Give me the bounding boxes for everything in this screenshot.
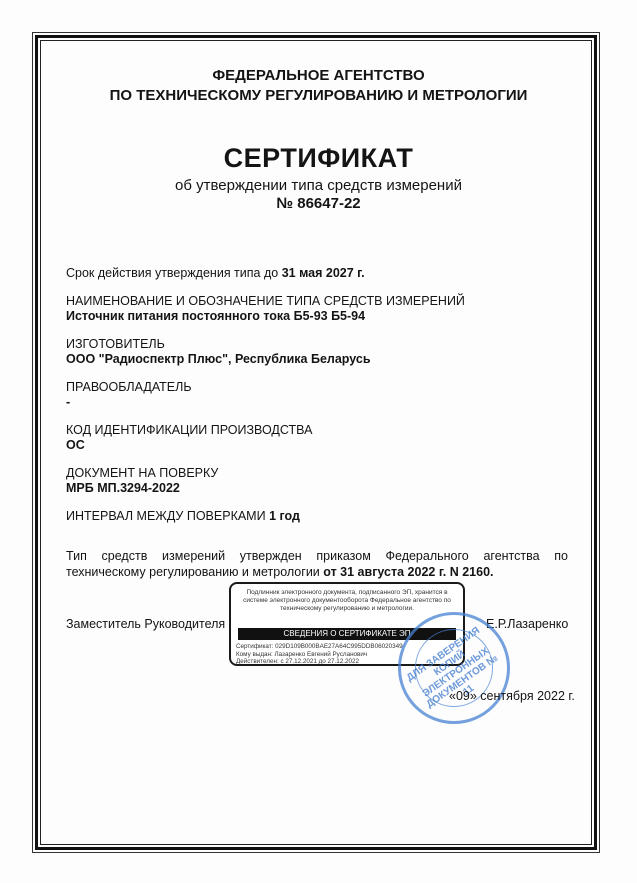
e-signature-details: Сертификат: 029D109B000BAE27A64C995DDB06… (236, 643, 403, 666)
e-signature-validity: Действителен: с 27.12.2021 до 27.12.2022 (236, 658, 403, 666)
official-stamp: ДЛЯ ЗАВЕРЕНИЯ КОПИЙ ЭЛЕКТРОННЫХ ДОКУМЕНТ… (398, 612, 510, 724)
validity-label: Срок действия утверждения типа до (66, 266, 282, 280)
interval-line: ИНТЕРВАЛ МЕЖДУ ПОВЕРКАМИ 1 год (66, 509, 300, 524)
agency-name-line1: ФЕДЕРАЛЬНОЕ АГЕНТСТВО (0, 66, 637, 85)
field-value-manufacturer: ООО "Радиоспектр Плюс", Республика Белар… (66, 352, 371, 367)
field-value-production-code: ОС (66, 438, 85, 453)
e-signature-issued-to: Кому выдан: Лазаренко Евгений Русланович (236, 651, 403, 659)
field-value-verification-doc: МРБ МП.3294-2022 (66, 481, 180, 496)
field-label-verification-doc: ДОКУМЕНТ НА ПОВЕРКУ (66, 466, 218, 481)
interval-label: ИНТЕРВАЛ МЕЖДУ ПОВЕРКАМИ (66, 509, 269, 523)
approval-paragraph: Тип средств измерений утвержден приказом… (66, 548, 568, 580)
validity-line: Срок действия утверждения типа до 31 мая… (66, 266, 365, 281)
certificate-subtitle: об утверждении типа средств измерений (0, 177, 637, 194)
validity-date: 31 мая 2027 г. (282, 266, 365, 280)
field-label-rightholder: ПРАВООБЛАДАТЕЛЬ (66, 380, 192, 395)
field-value-rightholder: - (66, 395, 70, 410)
field-value-type: Источник питания постоянного тока Б5-93 … (66, 309, 365, 324)
approval-order: от 31 августа 2022 г. N 2160. (323, 565, 493, 579)
e-signature-cert-id: Сертификат: 029D109B000BAE27A64C995DDB06… (236, 643, 403, 651)
certificate-number: № 86647-22 (0, 195, 637, 212)
signature-date: «09» сентября 2022 г. (449, 689, 575, 704)
field-label-type: НАИМЕНОВАНИЕ И ОБОЗНАЧЕНИЕ ТИПА СРЕДСТВ … (66, 294, 465, 309)
interval-value: 1 год (269, 509, 300, 523)
signer-name: Е.Р.Лазаренко (486, 617, 568, 632)
agency-name-line2: ПО ТЕХНИЧЕСКОМУ РЕГУЛИРОВАНИЮ И МЕТРОЛОГ… (0, 86, 637, 105)
certificate-title: СЕРТИФИКАТ (0, 143, 637, 174)
signer-position: Заместитель Руководителя (66, 617, 225, 632)
field-label-manufacturer: ИЗГОТОВИТЕЛЬ (66, 337, 165, 352)
field-label-production-code: КОД ИДЕНТИФИКАЦИИ ПРОИЗВОДСТВА (66, 423, 312, 438)
e-signature-notice: Подлинник электронного документа, подпис… (239, 589, 455, 613)
